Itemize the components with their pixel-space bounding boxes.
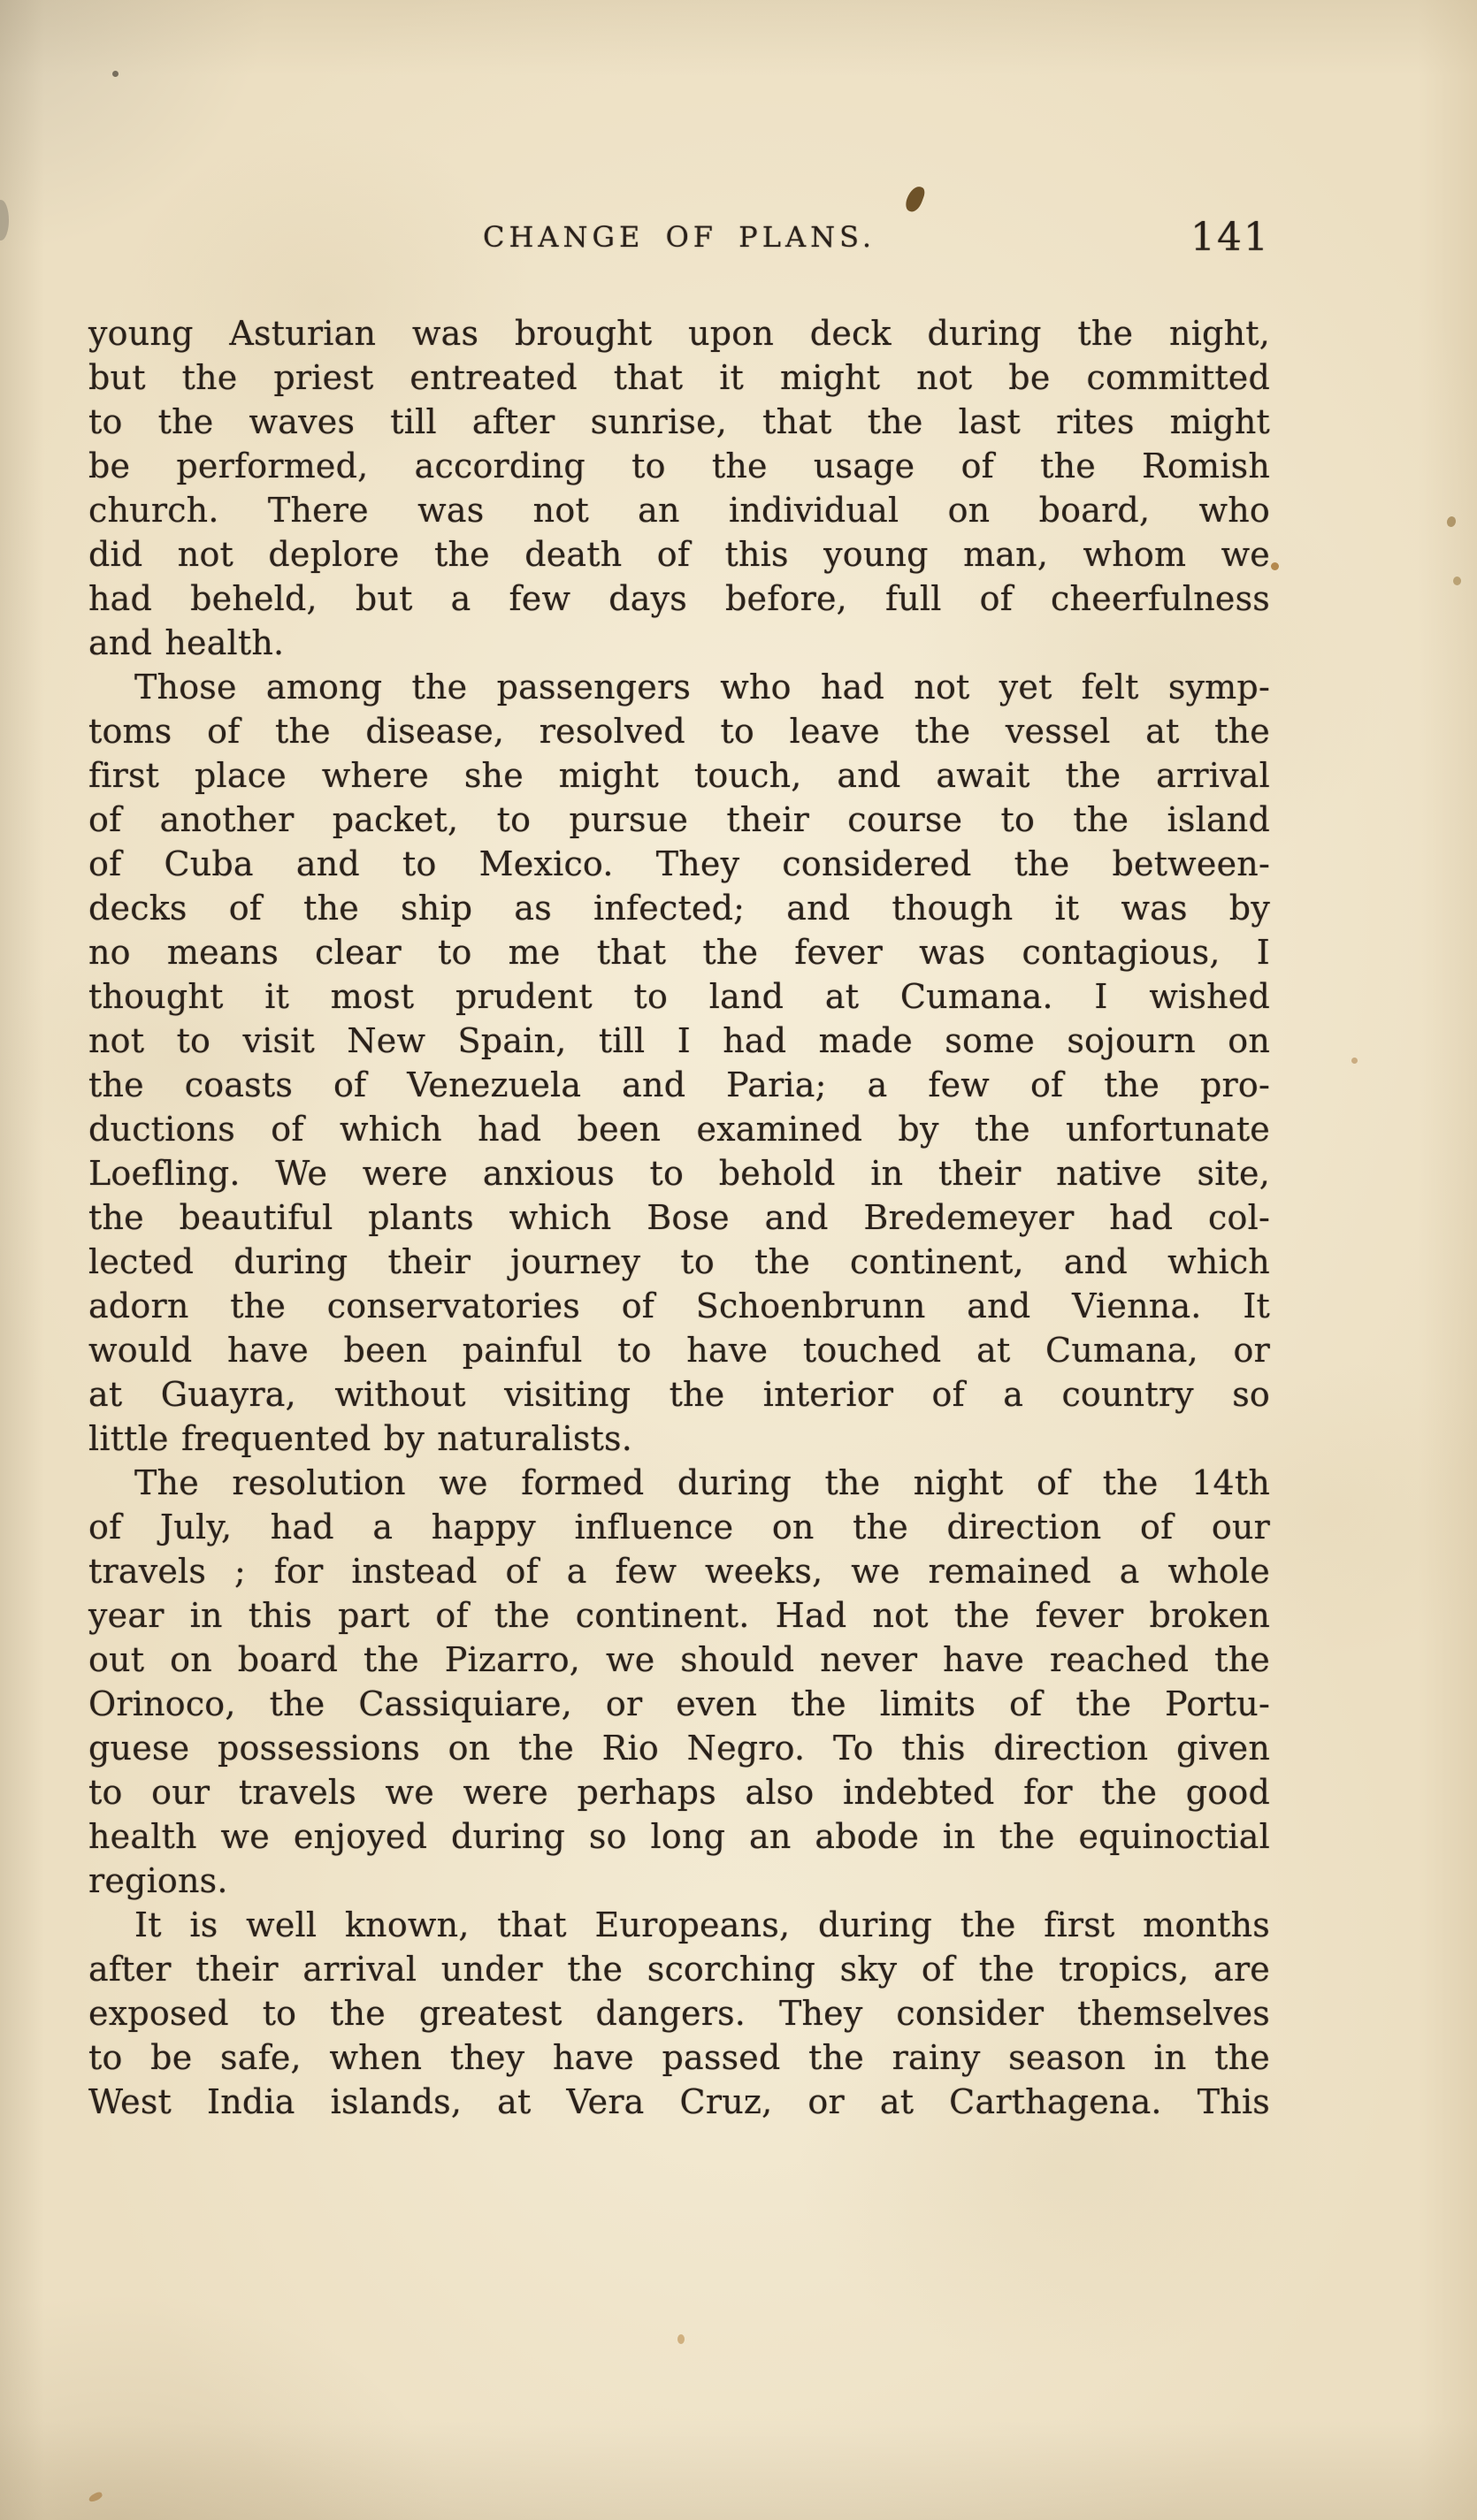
- running-head: CHANGE OF PLANS. 141: [88, 215, 1270, 261]
- text-line: toms of the disease, resolved to leave t…: [88, 709, 1270, 753]
- body-text: young Asturian was brought upon deck dur…: [88, 311, 1270, 2124]
- book-page: CHANGE OF PLANS. 141 young Asturian was …: [0, 0, 1477, 2520]
- text-line: It is well known, that Europeans, during…: [88, 1903, 1270, 1947]
- text-line: did not deplore the death of this young …: [88, 532, 1270, 577]
- text-line: not to visit New Spain, till I had made …: [88, 1019, 1270, 1063]
- text-line: young Asturian was brought upon deck dur…: [88, 311, 1270, 355]
- text-line: exposed to the greatest dangers. They co…: [88, 1991, 1270, 2035]
- text-line: to our travels we were perhaps also inde…: [88, 1770, 1270, 1814]
- text-line: year in this part of the continent. Had …: [88, 1593, 1270, 1638]
- page-number: 141: [1190, 215, 1270, 260]
- amber-speck: [1271, 562, 1279, 570]
- text-line: of another packet, to pursue their cours…: [88, 798, 1270, 842]
- text-line: decks of the ship as infected; and thoug…: [88, 886, 1270, 930]
- text-line: out on board the Pizarro, we should neve…: [88, 1638, 1270, 1682]
- text-line: West India islands, at Vera Cruz, or at …: [88, 2080, 1270, 2124]
- text-line: health we enjoyed during so long an abod…: [88, 1814, 1270, 1859]
- text-line: to the waves till after sunrise, that th…: [88, 400, 1270, 444]
- paper-fiber-3: [1351, 1058, 1358, 1064]
- text-line: little frequented by naturalists.: [88, 1417, 1270, 1461]
- text-line: at Guayra, without visiting the interior…: [88, 1372, 1270, 1417]
- text-line: The resolution we formed during the nigh…: [88, 1461, 1270, 1505]
- text-line: Orinoco, the Cassiquiare, or even the li…: [88, 1682, 1270, 1726]
- text-line: and health.: [88, 621, 1270, 665]
- dark-dot: [112, 71, 119, 77]
- text-line: after their arrival under the scorching …: [88, 1947, 1270, 1991]
- edge-blob: [0, 200, 9, 241]
- text-line: ductions of which had been examined by t…: [88, 1107, 1270, 1151]
- text-line: of Cuba and to Mexico. They considered t…: [88, 842, 1270, 886]
- text-line: no means clear to me that the fever was …: [88, 930, 1270, 974]
- text-line: the beautiful plants which Bose and Bred…: [88, 1195, 1270, 1240]
- text-line: guese possessions on the Rio Negro. To t…: [88, 1726, 1270, 1770]
- paper-fiber: [88, 2491, 103, 2503]
- ink-fleck: [903, 184, 926, 214]
- text-line: be performed, according to the usage of …: [88, 444, 1270, 488]
- brown-speck: [1446, 515, 1458, 528]
- text-line: regions.: [88, 1859, 1270, 1903]
- text-line: travels ; for instead of a few weeks, we…: [88, 1549, 1270, 1593]
- text-line: the coasts of Venezuela and Paria; a few…: [88, 1063, 1270, 1107]
- text-line: to be safe, when they have passed the ra…: [88, 2035, 1270, 2080]
- text-line: church. There was not an individual on b…: [88, 488, 1270, 532]
- text-line: Those among the passengers who had not y…: [88, 665, 1270, 709]
- text-line: had beheld, but a few days before, full …: [88, 577, 1270, 621]
- text-line: Loefling. We were anxious to behold in t…: [88, 1151, 1270, 1195]
- brown-speck-2: [1453, 577, 1461, 585]
- text-line: first place where she might touch, and a…: [88, 753, 1270, 798]
- text-line: of July, had a happy influence on the di…: [88, 1505, 1270, 1549]
- text-line: would have been painful to have touched …: [88, 1328, 1270, 1372]
- text-line: adorn the conservatories of Schoenbrunn …: [88, 1284, 1270, 1328]
- text-line: but the priest entreated that it might n…: [88, 355, 1270, 400]
- running-title: CHANGE OF PLANS.: [88, 220, 1270, 254]
- text-line: lected during their journey to the conti…: [88, 1240, 1270, 1284]
- text-line: thought it most prudent to land at Cuman…: [88, 974, 1270, 1019]
- paper-fiber-2: [677, 2334, 685, 2344]
